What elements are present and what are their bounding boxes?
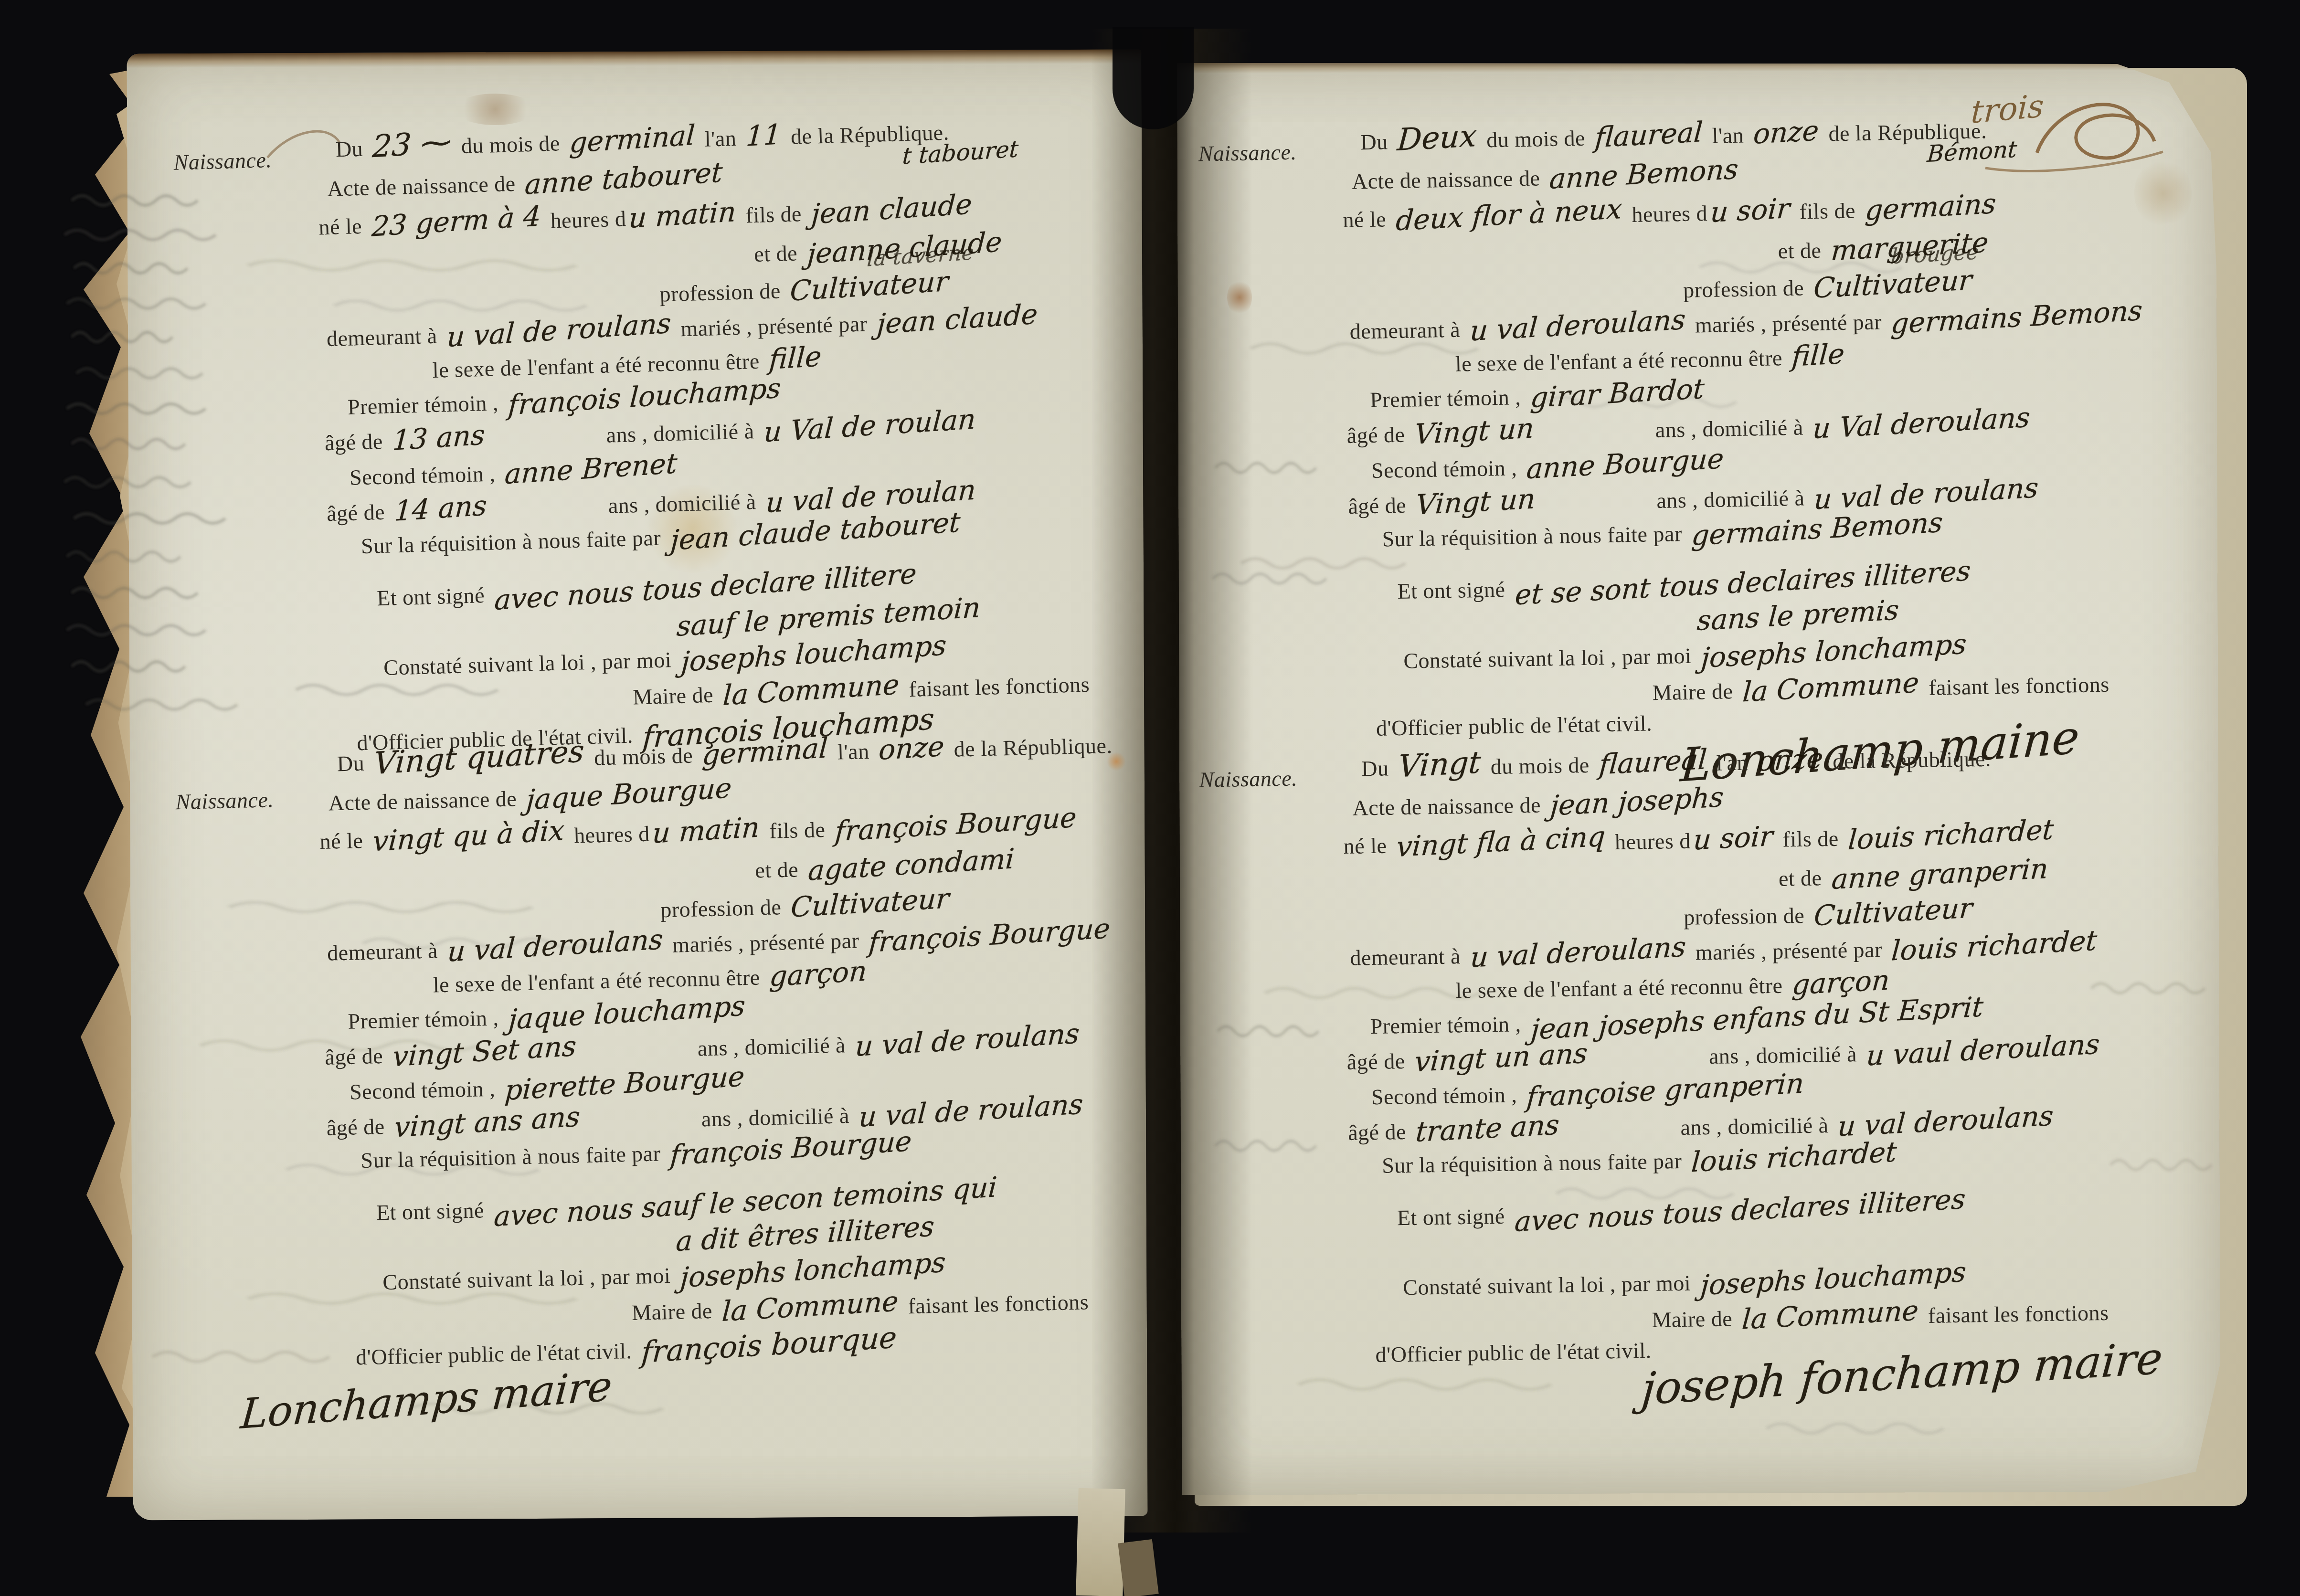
form-text: Constaté suivant la loi , par moi [383,647,672,680]
form-text: Maire de [1652,1306,1733,1332]
birth-record-bottom-right: Du Vingt du mois de flaureal l'an onze d… [1185,735,2236,1453]
witness1-line: Premier témoin , jaque louchamps [348,994,753,1036]
form-text: Second témoin , [349,1077,495,1104]
form-text: heures d [550,206,626,233]
birth-record-bottom-left: Du Vingt quatres du mois de germinal l'a… [160,723,1217,1449]
bottom-page-tab [1076,1488,1125,1596]
form-text: fils de [769,817,826,843]
form-text: Acte de naissance de [328,786,517,815]
handwritten-child-name: anne Bemons [1548,153,1739,195]
signed-line-2: a dit êtres illiteres [668,1215,943,1254]
handwritten-profession: Cultivateur [1813,891,1974,932]
handwritten-time: u matin [628,195,737,234]
residence-line: demeurant à u val deroulans mariés , pré… [1349,298,2151,346]
handwritten-commune: la Commune [1741,666,1920,708]
birth-line: né le deux flor à neux heures d u soir f… [1343,190,2004,234]
form-text: le sexe de l'enfant a été reconnu être [1455,346,1783,376]
form-text: Second témoin , [349,461,495,490]
handwritten-year: onze [1752,114,1820,150]
form-text: né le [1343,207,1387,232]
handwritten-birthdate: deux flor à neux [1395,192,1623,237]
handwritten-year: onze [1757,742,1824,778]
form-text: ans , domicilié à [701,1103,849,1131]
handwritten-time: u soir [1692,820,1774,856]
form-text: Premier témoin , [348,1005,499,1033]
spacer [495,443,604,445]
form-text: Acte de naissance de [1351,166,1540,193]
handwritten-age1: 13 ans [392,418,486,457]
handwritten-month: germinal [569,119,696,159]
spacer [1597,1064,1707,1066]
officier-line: d'Officier public de l'état civil. Lonch… [1376,710,1652,741]
margin-note: Bémont [1919,137,2025,166]
form-text: demeurant à [1349,317,1460,344]
form-text: profession de [1683,275,1804,302]
residence-line: demeurant à u val deroulans mariés , pré… [1350,928,2105,972]
handwritten-time: u matin [651,811,761,849]
form-text: heures d [573,822,650,848]
handwritten-mother: anne granperin [1830,852,2049,896]
handwritten-sex: fille [1791,338,1845,373]
form-text: âgé de [1348,1120,1407,1145]
form-text: Et ont signé [377,583,485,610]
officier-line: d'Officier public de l'état civil. franç… [355,1324,905,1372]
spacer [590,1126,700,1129]
form-text: mariés , présenté par [680,311,868,341]
handwritten-month: flaureal [1598,743,1707,781]
form-text: Du [337,751,364,776]
form-text: d'Officier public de l'état civil. [1375,1338,1652,1367]
form-text: Second témoin , [1371,455,1517,483]
handwritten-father: jean claude [810,188,973,231]
paper-stain [455,94,536,125]
bottom-page-tab-dark [1118,1539,1158,1596]
scanned-register-photo: { "document_type": "registre de naissanc… [0,0,2300,1596]
signature-line-2 [1251,1385,1267,1394]
margin-note [1920,767,1935,776]
form-text: ans , domicilié à [1655,415,1803,442]
handwritten-age1: vingt un ans [1413,1037,1589,1078]
form-text: du mois de [1486,126,1586,152]
handwritten-presenter: françois Bourgue [868,912,1111,959]
handwritten-witness1: girar Bardot [1529,372,1706,414]
handwritten-month: germinal [701,731,829,772]
handwritten-requisition-by: louis richardet [1690,1135,1898,1178]
form-text: Premier témoin , [1370,385,1521,412]
handwritten-profession: Cultivateur [790,882,950,924]
form-text: l'an [1716,750,1748,775]
form-text: de la République. [954,733,1113,761]
form-text: âgé de [325,1044,383,1069]
margin-note: t tabouret [894,137,1027,168]
form-text: Maire de [632,1299,713,1325]
handwritten-residence: u val deroulans [1469,303,1686,347]
form-text: Sur la réquisition à nous faite par [360,526,661,559]
handwritten-age2: 14 ans [393,489,488,528]
handwritten-domicile1: u val de roulans [854,1017,1081,1063]
form-text: Et ont signé [1397,1204,1505,1230]
profession-line: profession de Cultivateur [1684,894,1981,931]
form-text: né le [319,828,363,854]
handwritten-commune: la Commune [1741,1294,1919,1336]
form-text: de la République. [1833,747,1991,773]
handwritten-age1: vingt Set ans [392,1030,577,1073]
form-text: mariés , présenté par [1695,937,1882,964]
form-text: Du [1360,129,1388,154]
naissance-label: Naissance. [1198,140,1297,166]
witness1-line: Premier témoin , girar Bardot [1370,375,1712,414]
spacer [586,1056,696,1058]
spacer [1544,437,1653,439]
handwritten-presenter: germains Bemons [1890,294,2144,340]
profession-line: profession de Cultivateur [660,885,957,924]
handwritten-margin-note: t tabouret [901,136,1019,170]
handwritten-year: onze [878,730,945,766]
handwritten-birthdate: 23 germ à 4 [371,200,541,243]
form-text: né le [1343,834,1387,858]
birth-line: né le vingt fla à cinq heures d u soir f… [1343,816,2062,860]
handwritten-profession: Cultivateur [1812,264,1973,305]
form-text: âgé de [324,429,383,455]
witness2-line: Second témoin , anne Bourgue [1371,445,1732,485]
handwritten-residence: u val deroulans [1469,930,1687,974]
form-text: le sexe de l'enfant a été reconnu être [1455,973,1783,1003]
handwritten-witness2: françoise granperin [1526,1067,1805,1114]
handwritten-signature: françois bourque [640,1320,898,1370]
form-text: et de [1778,238,1822,264]
form-text: ans , domicilié à [1656,486,1805,513]
record-label: Naissance. [173,147,272,175]
form-text: Premier témoin , [347,391,498,419]
mother-line: et de agate condami [754,846,1022,884]
mother-line: et de anne granperin [1778,856,2056,893]
form-text: et de [755,857,799,882]
form-text: Constaté suivant la loi , par moi [382,1263,671,1294]
form-text: demeurant à [326,324,437,351]
form-text: Et ont signé [376,1198,484,1225]
form-text: ans , domicilié à [1680,1113,1829,1140]
handwritten-child-name: jean josephs [1549,781,1725,822]
form-text: l'an [1712,123,1744,148]
form-text: faisant les fonctions [1929,672,2109,700]
handwritten-father: germains [1864,187,1997,227]
form-text: et de [754,241,798,266]
handwritten-presenter: louis richardet [1891,924,2099,967]
handwritten-day: Deux [1396,118,1478,158]
sex-line: le sexe de l'enfant a été reconnu être f… [1455,338,1852,378]
form-text: demeurant à [327,938,438,965]
handwritten-margin-note: Bémont [1926,136,2018,168]
form-text: Sur la réquisition à nous faite par [1382,521,1682,551]
form-text: fils de [745,201,802,227]
handwritten-year: 11 [745,118,782,153]
form-text: né le [318,214,362,240]
form-text: Du [335,137,363,162]
handwritten-signed-note: avec nous tous declares illiteres [1514,1183,1967,1238]
officier-line: d'Officier public de l'état civil. josep… [1375,1338,1652,1367]
acte-line: Acte de naissance de anne Bemons [1351,156,1747,196]
form-text: faisant les fonctions [1928,1300,2109,1328]
form-text: fils de [1799,198,1855,223]
form-text: Du [1361,756,1389,781]
handwritten-child-name: anne tabouret [524,156,724,201]
handwritten-sex: fille [768,340,823,376]
signature-line-2: Lonchamps maire [232,1372,621,1429]
handwritten-profession: Cultivateur [789,265,950,307]
handwritten-witness2: pierette Bourgue [504,1060,745,1107]
form-text: faisant les fonctions [908,1289,1089,1318]
witness2-line: Second témoin , françoise granperin [1371,1072,1812,1111]
right-page-burnt-top-edge [1177,59,2216,74]
handwritten-day: 23 ⁓ [371,124,453,165]
form-text: heures d [1632,201,1707,227]
handwritten-residence: u val deroulans [446,923,664,968]
acte-line: Acte de naissance de anne tabouret [327,159,731,203]
form-text: du mois de [594,743,693,770]
handwritten-mother: agate condami [807,842,1015,887]
handwritten-age2: Vingt un [1415,482,1537,521]
handwritten-age2: trante ans [1415,1109,1560,1149]
handwritten-domicile1: u Val de roulan [763,402,976,448]
form-text: Maire de [1652,679,1733,705]
form-text: Constaté suivant la loi , par moi [1403,1271,1691,1300]
form-text: ans , domicilié à [606,419,754,447]
profession-line: la taverne profession de Cultivateur [659,267,957,308]
form-text: ans , domicilié à [697,1033,846,1060]
record-label: Naissance. [1199,766,1297,793]
form-text: fils de [1782,826,1839,852]
form-text: mariés , présenté par [672,929,859,957]
signed-line-2 [1688,1228,1704,1237]
form-text: Acte de naissance de [1352,793,1541,820]
form-text: du mois de [1490,753,1590,779]
form-text: demeurant à [1350,944,1461,970]
form-text: Premier témoin , [1370,1012,1521,1038]
signed-line-2: sans le premis [1689,597,1907,634]
form-text: profession de [660,895,782,922]
form-text: faisant les fonctions [909,672,1090,702]
form-text: profession de [659,278,781,306]
acte-line: Acte de naissance de jaque Bourgue [328,775,740,817]
birth-record-top-right: Du Deux du mois de flaureal l'an onze de… [1184,106,2237,827]
handwritten-witness2: anne Bourgue [1526,442,1725,485]
handwritten-month: flaureal [1594,116,1704,154]
handwritten-birthdate: vingt fla à cinq [1395,820,1606,863]
handwritten-sex: garçon [768,954,868,993]
spacer [497,513,606,516]
signed-line: Et ont signé avec nous tous declares ill… [1397,1190,1973,1232]
handwritten-witness2: anne Brenet [504,447,678,490]
record-label: Naissance. [175,787,274,814]
form-text: Second témoin , [1371,1082,1517,1109]
spacer [1545,508,1655,510]
naissance-label: Naissance. [1199,766,1297,792]
form-text: Sur la réquisition à nous faite par [1382,1149,1682,1178]
margin-note [896,758,911,767]
form-text: profession de [1684,903,1805,930]
handwritten-signature-2: Lonchamps maire [239,1362,614,1438]
form-text: âgé de [1346,423,1405,448]
form-text: heures d [1615,829,1691,854]
spacer [1569,1135,1679,1137]
form-text: et de [1779,866,1822,890]
handwritten-presenter: jean claude [876,297,1039,340]
handwritten-father: françois Bourgue [834,801,1077,848]
handwritten-child-name: jaque Bourgue [525,772,733,816]
handwritten-age1: Vingt un [1413,412,1535,451]
form-text: l'an [704,126,737,151]
naissance-label: Naissance. [175,787,274,814]
form-text: âgé de [1346,1049,1405,1074]
form-text: âgé de [327,500,385,526]
form-text: Acte de naissance de [327,171,516,201]
form-text: l'an [837,739,870,764]
left-page-burnt-top-edge [127,49,1141,68]
form-text: Sur la réquisition à nous faite par [360,1141,661,1173]
form-text: âgé de [326,1114,385,1140]
handwritten-signed-note-2: sans le premis [1696,593,1900,637]
maire-line: Maire de la Commune faisant les fonction… [1652,1294,2109,1334]
form-text: âgé de [1348,493,1407,518]
handwritten-time: u soir [1709,192,1791,229]
handwritten-father: louis richardet [1847,813,2055,856]
naissance-label: Naissance. [173,148,272,175]
acte-line: Acte de naissance de jean josephs [1352,783,1732,822]
profession-line: brougee profession de Cultivateur [1683,266,1980,304]
form-text: d'Officier public de l'état civil. [1376,711,1652,740]
form-text: du mois de [461,131,560,158]
form-text: ans , domicilié à [1709,1042,1857,1068]
form-text: Maire de [633,683,714,709]
handwritten-signature: joseph fonchamp maire [1640,1332,2164,1415]
record-label: Naissance. [1198,139,1297,167]
form-text: Constaté suivant la loi , par moi [1403,644,1692,673]
handwritten-birthdate: vingt qu à dix [371,814,565,858]
form-text: mariés , présenté par [1695,309,1882,337]
handwritten-official: josephs louchamps [1699,1256,1967,1302]
handwritten-domicile1: u Val deroulans [1812,401,2031,445]
form-text: ans , domicilié à [608,489,756,518]
handwritten-domicile1: u vaul deroulans [1865,1027,2101,1072]
handwritten-day: Vingt [1397,745,1483,784]
form-text: Et ont signé [1397,577,1505,603]
